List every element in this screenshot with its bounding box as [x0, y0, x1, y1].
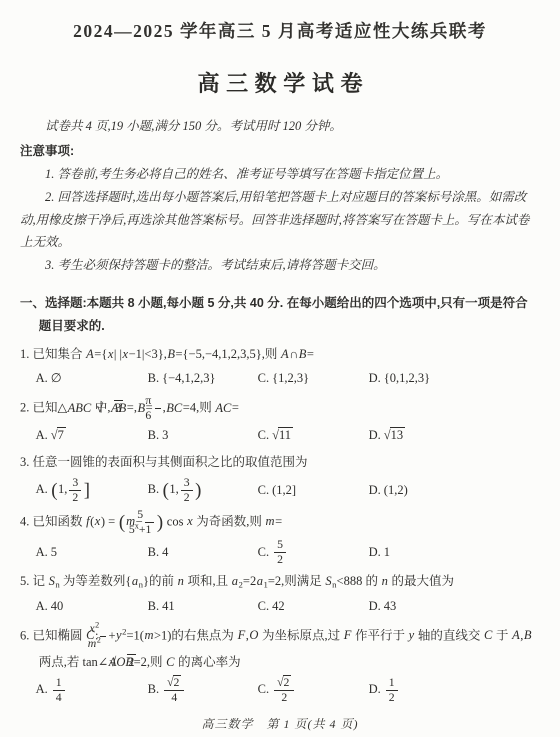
option-content: √7 — [51, 428, 66, 442]
option-content: 3 — [162, 428, 168, 442]
fraction: 32 — [69, 476, 81, 505]
option: D.12 — [369, 676, 540, 705]
fraction: 32 — [181, 476, 193, 505]
fraction: √22 — [274, 676, 294, 705]
option-content: 42 — [272, 599, 285, 613]
exam-page: 2024—2025 学年高三 5 月高考适应性大练兵联考 高三数学试卷 试卷共 … — [0, 0, 560, 737]
option: B.4 — [148, 541, 258, 565]
option: B.(1,32) — [148, 476, 258, 505]
option-label: A. — [36, 682, 48, 696]
option-label: D. — [369, 682, 381, 696]
option-label: B. — [148, 682, 159, 696]
option-content: 1 — [384, 545, 390, 559]
option-label: D. — [369, 545, 381, 559]
option: D.√13 — [369, 424, 540, 448]
fraction: x2m2 — [100, 622, 106, 651]
option-content: ∅ — [51, 371, 62, 385]
option-content: 43 — [384, 599, 397, 613]
option: D.(1,2) — [369, 479, 540, 503]
question: 6. 已知椭圆 C:x2m2+y2=1(m>1)的右焦点为 F,O 为坐标原点,… — [20, 622, 540, 705]
option-label: C. — [258, 483, 269, 497]
radical: √2 — [277, 676, 291, 690]
option: D.{0,1,2,3} — [369, 367, 540, 391]
radical: √11 — [272, 424, 293, 448]
question-list: 1. 已知集合 A={x| |x−1|<3},B={−5,−4,1,2,3,5}… — [20, 341, 540, 708]
option-label: C. — [258, 371, 269, 385]
option: C.√11 — [258, 424, 369, 448]
option-label: B. — [148, 599, 159, 613]
option-label: C. — [258, 682, 269, 696]
option: B.41 — [148, 595, 258, 619]
option-content: {0,1,2,3} — [384, 371, 430, 385]
section-header: 一、选择题:本题共 8 小题,每小题 5 分,共 40 分. 在每小题给出的四个… — [20, 292, 540, 338]
option-label: B. — [148, 371, 159, 385]
option-label: B. — [148, 428, 159, 442]
option-content: 14 — [51, 682, 67, 696]
question: 4. 已知函数 f(x) = (m−55x+1) cos x 为奇函数,则 m=… — [20, 508, 540, 567]
options-row: A.14 B.√24 C.√22 D.12 — [20, 676, 540, 705]
question: 5. 记 Sn 为等差数列{an}的前 n 项和,且 a2=2a1=2,则满足 … — [20, 570, 540, 619]
question-stem: 2. 已知△ABC 中,AB=√3,B=π6,BC=4,则 AC= — [20, 394, 540, 423]
notice-item-2: 2. 回答选择题时,选出每小题答案后,用铅笔把答题卡上对应题目的答案标号涂黑。如… — [20, 186, 540, 253]
option-label: D. — [369, 428, 381, 442]
options-row: A.∅ B.{−4,1,2,3} C.{1,2,3} D.{0,1,2,3} — [20, 367, 540, 391]
option: B.{−4,1,2,3} — [148, 367, 258, 391]
option: A.14 — [36, 676, 148, 705]
question-stem: 1. 已知集合 A={x| |x−1|<3},B={−5,−4,1,2,3,5}… — [20, 343, 540, 367]
option-label: C. — [258, 545, 269, 559]
option-label: A. — [36, 428, 48, 442]
option: C.52 — [258, 538, 369, 567]
option: D.43 — [369, 595, 540, 619]
option-content: √11 — [272, 428, 293, 442]
option-content: 5 — [51, 545, 57, 559]
option: B.3 — [148, 424, 258, 448]
option-content: 41 — [162, 599, 175, 613]
radical: √2 — [167, 676, 181, 690]
exam-title: 2024—2025 学年高三 5 月高考适应性大练兵联考 — [20, 16, 540, 48]
question-stem: 5. 记 Sn 为等差数列{an}的前 n 项和,且 a2=2a1=2,则满足 … — [20, 570, 540, 594]
option: A.40 — [36, 595, 148, 619]
option: A.(1,32] — [36, 476, 148, 505]
option: A.5 — [36, 541, 148, 565]
options-row: A.√7 B.3 C.√11 D.√13 — [20, 424, 540, 448]
options-row: A.(1,32] B.(1,32) C.(1,2] D.(1,2) — [20, 476, 540, 505]
question-stem: 3. 任意一圆锥的表面积与其侧面积之比的取值范围为 — [20, 451, 540, 475]
option-content: {−4,1,2,3} — [162, 371, 215, 385]
option: C.√22 — [258, 676, 369, 705]
option-label: A. — [36, 599, 48, 613]
radical: √7 — [51, 424, 66, 448]
page-footer: 高三数学 第 1 页(共 4 页) — [20, 708, 540, 737]
fraction: 12 — [386, 676, 398, 705]
fraction: 55x+1 — [145, 508, 155, 537]
option-label: A. — [36, 371, 48, 385]
option-content: {1,2,3} — [272, 371, 309, 385]
option: D.1 — [369, 541, 540, 565]
option: C.42 — [258, 595, 369, 619]
option-label: D. — [369, 599, 381, 613]
paper-title: 高三数学试卷 — [20, 64, 540, 104]
notice-item-3: 3. 考生必须保持答题卡的整洁。考试结束后,请将答题卡交回。 — [20, 254, 540, 276]
option-content: 52 — [272, 545, 288, 559]
option: C.(1,2] — [258, 479, 369, 503]
option-content: 4 — [162, 545, 168, 559]
notice-title: 注意事项: — [20, 140, 540, 163]
question: 2. 已知△ABC 中,AB=√3,B=π6,BC=4,则 AC= A.√7 B… — [20, 394, 540, 448]
fraction: π6 — [155, 394, 161, 423]
option: A.√7 — [36, 424, 148, 448]
option-content: (1,2] — [272, 483, 296, 497]
option-label: A. — [36, 482, 48, 496]
fraction: √24 — [164, 676, 184, 705]
options-row: A.40 B.41 C.42 D.43 — [20, 595, 540, 619]
option-label: A. — [36, 545, 48, 559]
option-label: B. — [148, 482, 159, 496]
option: B.√24 — [148, 676, 258, 705]
options-row: A.5 B.4 C.52 D.1 — [20, 538, 540, 567]
option-content: √24 — [162, 682, 186, 696]
option-content: (1,32) — [162, 482, 202, 496]
radical: √13 — [384, 424, 405, 448]
option-content: √22 — [272, 682, 296, 696]
option-content: 40 — [51, 599, 64, 613]
option-label: C. — [258, 599, 269, 613]
fraction: 14 — [53, 676, 65, 705]
option-content: 12 — [384, 682, 400, 696]
option-label: D. — [369, 371, 381, 385]
question: 3. 任意一圆锥的表面积与其侧面积之比的取值范围为 A.(1,32] B.(1,… — [20, 451, 540, 505]
question-stem: 6. 已知椭圆 C:x2m2+y2=1(m>1)的右焦点为 F,O 为坐标原点,… — [20, 622, 540, 675]
fraction: 52 — [274, 538, 286, 567]
option-content: (1,2) — [384, 483, 408, 497]
notice-item-1: 1. 答卷前,考生务必将自己的姓名、准考证号等填写在答题卡指定位置上。 — [20, 163, 540, 185]
option: C.{1,2,3} — [258, 367, 369, 391]
question: 1. 已知集合 A={x| |x−1|<3},B={−5,−4,1,2,3,5}… — [20, 343, 540, 392]
paper-meta-line: 试卷共 4 页,19 小题,满分 150 分。考试用时 120 分钟。 — [20, 115, 540, 138]
option-label: C. — [258, 428, 269, 442]
option-label: B. — [148, 545, 159, 559]
option-content: √13 — [384, 428, 405, 442]
question-stem: 4. 已知函数 f(x) = (m−55x+1) cos x 为奇函数,则 m= — [20, 508, 540, 537]
option: A.∅ — [36, 367, 148, 391]
option-content: (1,32] — [51, 482, 91, 496]
option-label: D. — [369, 483, 381, 497]
